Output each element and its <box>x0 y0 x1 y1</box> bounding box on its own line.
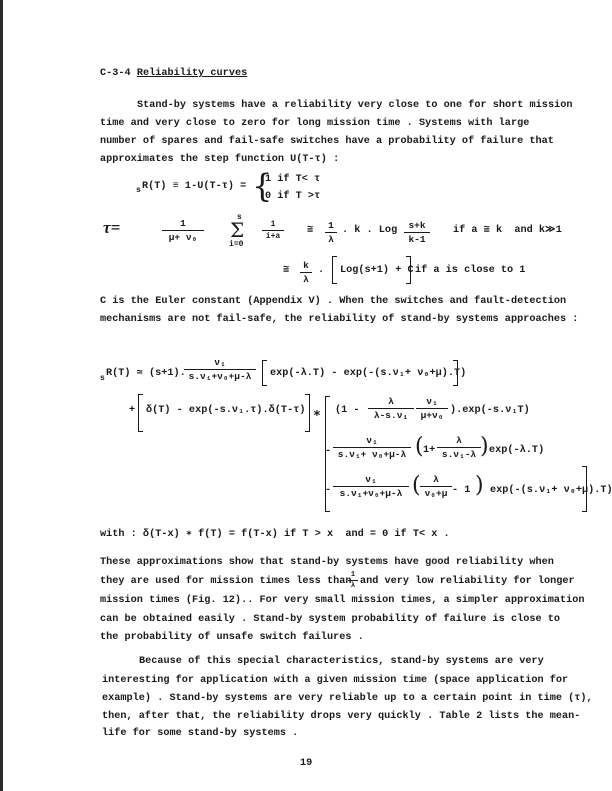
section-heading: C-3-4 Reliability curves <box>100 69 247 79</box>
p3-line-2a: they are used for mission times less tha… <box>100 577 351 587</box>
p3-line-4: can be obtained easily . Stand-by system… <box>100 615 560 625</box>
eq3-bracket2-left <box>138 394 143 432</box>
with-line: with : δ(T-x) ∗ f(T) = f(T-x) if T > x a… <box>100 530 450 540</box>
eq3-line2-end: exp(-λ.T) <box>489 446 544 456</box>
eq2-approx-2: ≅ <box>283 266 289 276</box>
eq2-dot: . <box>318 266 324 276</box>
p4-line-2: interesting for application with a given… <box>102 676 568 686</box>
eq3-lhs: R(T) ≃ (s+1). <box>106 369 186 379</box>
eq3-frac5: λs.ν₁-λ <box>437 435 481 460</box>
convolution-icon: ∗ <box>313 407 321 420</box>
eq3-frac2: λλ-s.ν₁ <box>368 396 414 421</box>
eq2-tau: τ= <box>103 219 120 236</box>
eq1-subscript: s <box>136 187 141 195</box>
eq2-frac4: s+kk-1 <box>404 220 430 245</box>
eq3-frac1: ν₁s.ν₁+ν₀+μ-λ <box>184 357 256 382</box>
eq3-bracket1-right <box>453 360 458 386</box>
eq3-paren3-right: ) <box>475 473 484 498</box>
inline-frac: 1λ <box>348 571 358 590</box>
p3-line-3: mission times (Fig. 12).. For very small… <box>100 596 585 606</box>
eq3-plus: + <box>129 406 135 416</box>
p2-line-2: mechanisms are not fail-safe, the reliab… <box>100 315 578 325</box>
eq3-bracket2-right <box>305 394 310 432</box>
p2-line-1: C is the Euler constant (Appendix V) . W… <box>100 297 566 307</box>
eq3-line3-minus: - <box>325 486 331 496</box>
p4-line-3: example) . Stand-by systems are very rel… <box>102 694 593 704</box>
p1-line-4: approximates the step function U(T-τ) : <box>100 155 339 165</box>
eq2-bracket-content: Log(s+1) + C <box>340 266 414 276</box>
p1-line-2: time and very close to zero for long mis… <box>100 119 529 129</box>
eq3-bracket1-left <box>262 360 267 386</box>
eq2-bracket-right <box>406 256 411 284</box>
eq3-frac3: ν₁μ+ν₀ <box>416 396 448 421</box>
eq1-case-1: 1 if T< τ <box>265 175 320 185</box>
eq2-frac3: 1λ <box>325 220 337 245</box>
p4-line-1: Because of this special characteristics,… <box>139 657 544 667</box>
eq3-line3-paren-end: - 1 <box>452 486 470 496</box>
eq3-line2-paren-start: 1+ <box>423 446 435 456</box>
eq3-frac4: ν₁s.ν₁+ ν₀+μ-λ <box>333 435 411 460</box>
eq1-case-2: 0 if T >τ <box>265 192 320 202</box>
eq3-frac6: ν₁s.ν₁+ν₀+μ-λ <box>333 474 409 499</box>
eq3-line1-start: (1 - <box>335 406 360 416</box>
section-title: Reliability curves <box>137 68 247 79</box>
eq2-frac5: kλ <box>300 260 312 285</box>
eq3-line1-end: ).exp(-s.ν₁T) <box>450 406 530 416</box>
eq3-bracket1-content: exp(-λ.T) - exp(-(s.ν₁+ ν₀+μ).T) <box>270 369 466 379</box>
section-number: C-3-4 <box>100 68 131 79</box>
eq3-frac7: λν₀+μ <box>420 474 452 499</box>
p4-line-4: then, after that, the reliability drops … <box>102 712 580 722</box>
eq3-bracket2-content: δ(T) - exp(-s.ν₁.τ).δ(T-τ) <box>146 406 305 416</box>
eq2-bracket-left <box>332 256 337 284</box>
eq2-sum-bottom: i=0 <box>229 241 243 249</box>
p1-line-3: number of spares and fail-safe switches … <box>100 137 554 147</box>
eq3-paren-right: ) <box>480 434 489 459</box>
page-number: 19 <box>300 759 312 769</box>
p3-line-2b: and very low reliability for longer <box>360 577 575 587</box>
eq3-line3-end: exp(-(s.ν₁+ ν₀+μ).T) <box>490 486 612 496</box>
sigma-icon: Σ <box>230 218 244 242</box>
eq3-line2-minus: - <box>325 447 331 457</box>
p4-line-5: life for some stand-by systems . <box>102 729 298 739</box>
eq2-condition-2: if a is close to 1 <box>415 266 525 276</box>
eq2-approx-1: ≅ <box>307 226 313 236</box>
eq2-frac1: 1μ+ ν₀ <box>162 218 204 243</box>
scan-edge <box>0 0 3 791</box>
eq2-condition-1: if a ≅ k and k≫1 <box>453 226 562 236</box>
eq1-lhs: R(T) ≡ 1-U(T-τ) = <box>142 182 246 192</box>
p1-line-1: Stand-by systems have a reliability very… <box>137 101 572 111</box>
p3-line-5: the probability of unsafe switch failure… <box>100 633 364 643</box>
p3-line-1: These approximations show that stand-by … <box>100 558 554 568</box>
eq2-mid: . k . Log <box>342 226 397 236</box>
eq3-subscript: s <box>100 375 105 383</box>
eq3-bracket3-right <box>582 466 587 512</box>
eq2-frac2: 1i+a <box>262 220 284 241</box>
